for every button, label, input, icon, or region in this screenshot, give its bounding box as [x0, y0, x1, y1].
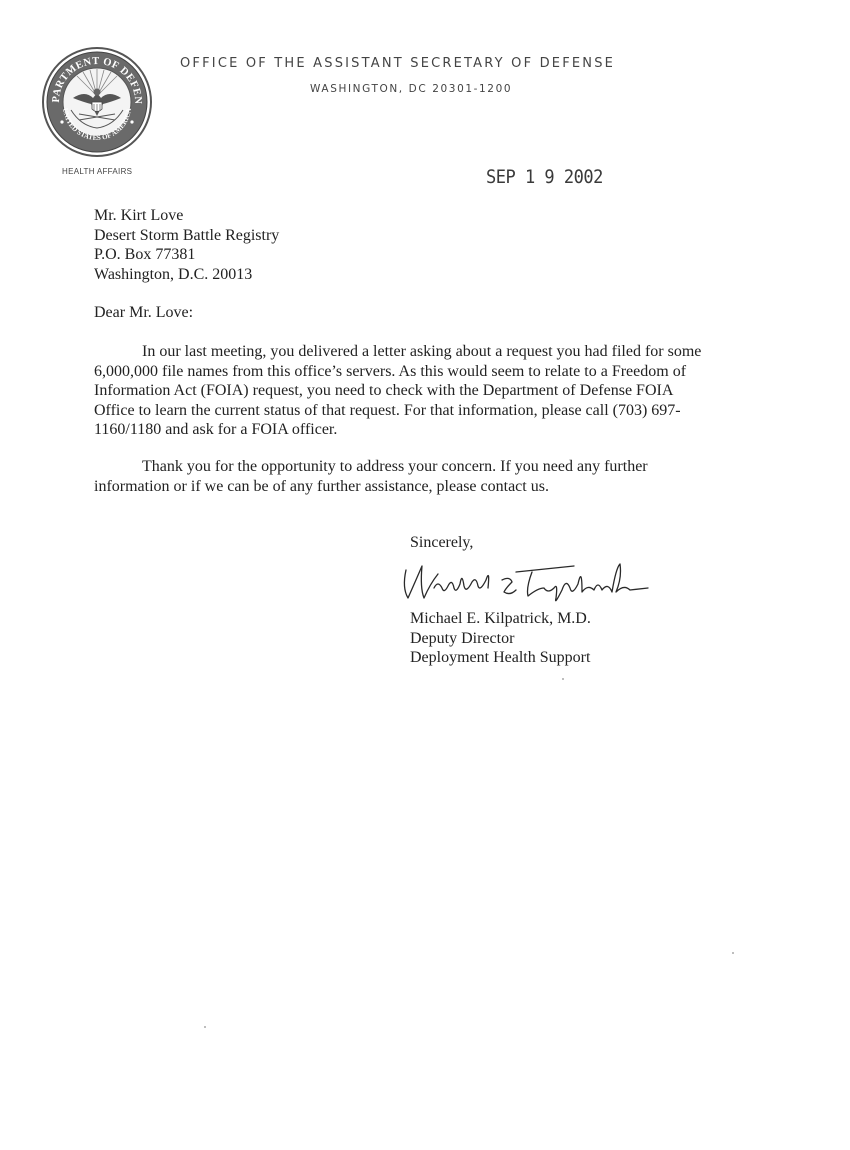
- signatory-name: Michael E. Kilpatrick, M.D.: [410, 609, 591, 629]
- signatory-organization: Deployment Health Support: [410, 648, 591, 668]
- paragraph-line: information or if we can be of any furth…: [94, 477, 734, 497]
- paragraph-line: Office to learn the current status of th…: [94, 401, 734, 421]
- department-label: HEALTH AFFAIRS: [62, 167, 132, 176]
- paragraph-line: 1160/1180 and ask for a FOIA officer.: [94, 420, 734, 440]
- scan-speck: [732, 952, 734, 954]
- office-title: OFFICE OF THE ASSISTANT SECRETARY OF DEF…: [180, 56, 662, 71]
- paragraph-line: In our last meeting, you delivered a let…: [94, 342, 734, 362]
- paragraph-line: Thank you for the opportunity to address…: [94, 457, 734, 477]
- closing: Sincerely,: [410, 533, 473, 553]
- signature-block: Michael E. Kilpatrick, M.D. Deputy Direc…: [410, 609, 591, 668]
- paragraph-line: Information Act (FOIA) request, you need…: [94, 381, 734, 401]
- signature-icon: [398, 558, 658, 610]
- date-stamp: SEP 1 9 2002: [486, 166, 603, 188]
- signatory-title: Deputy Director: [410, 629, 591, 649]
- body-paragraph-2: Thank you for the opportunity to address…: [94, 457, 734, 496]
- dod-seal-icon: DEPARTMENT OF DEFENSE UNITED STATES OF A…: [41, 46, 153, 158]
- scan-speck: [204, 1026, 206, 1028]
- recipient-address: Mr. Kirt Love Desert Storm Battle Regist…: [94, 206, 279, 284]
- recipient-organization: Desert Storm Battle Registry: [94, 226, 279, 246]
- body-paragraph-1: In our last meeting, you delivered a let…: [94, 342, 734, 440]
- paragraph-line: 6,000,000 file names from this office’s …: [94, 362, 734, 382]
- recipient-city: Washington, D.C. 20013: [94, 265, 279, 285]
- salutation: Dear Mr. Love:: [94, 303, 193, 323]
- recipient-po-box: P.O. Box 77381: [94, 245, 279, 265]
- recipient-name: Mr. Kirt Love: [94, 206, 279, 226]
- scan-speck: [562, 678, 564, 680]
- office-address: WASHINGTON, DC 20301-1200: [310, 83, 512, 95]
